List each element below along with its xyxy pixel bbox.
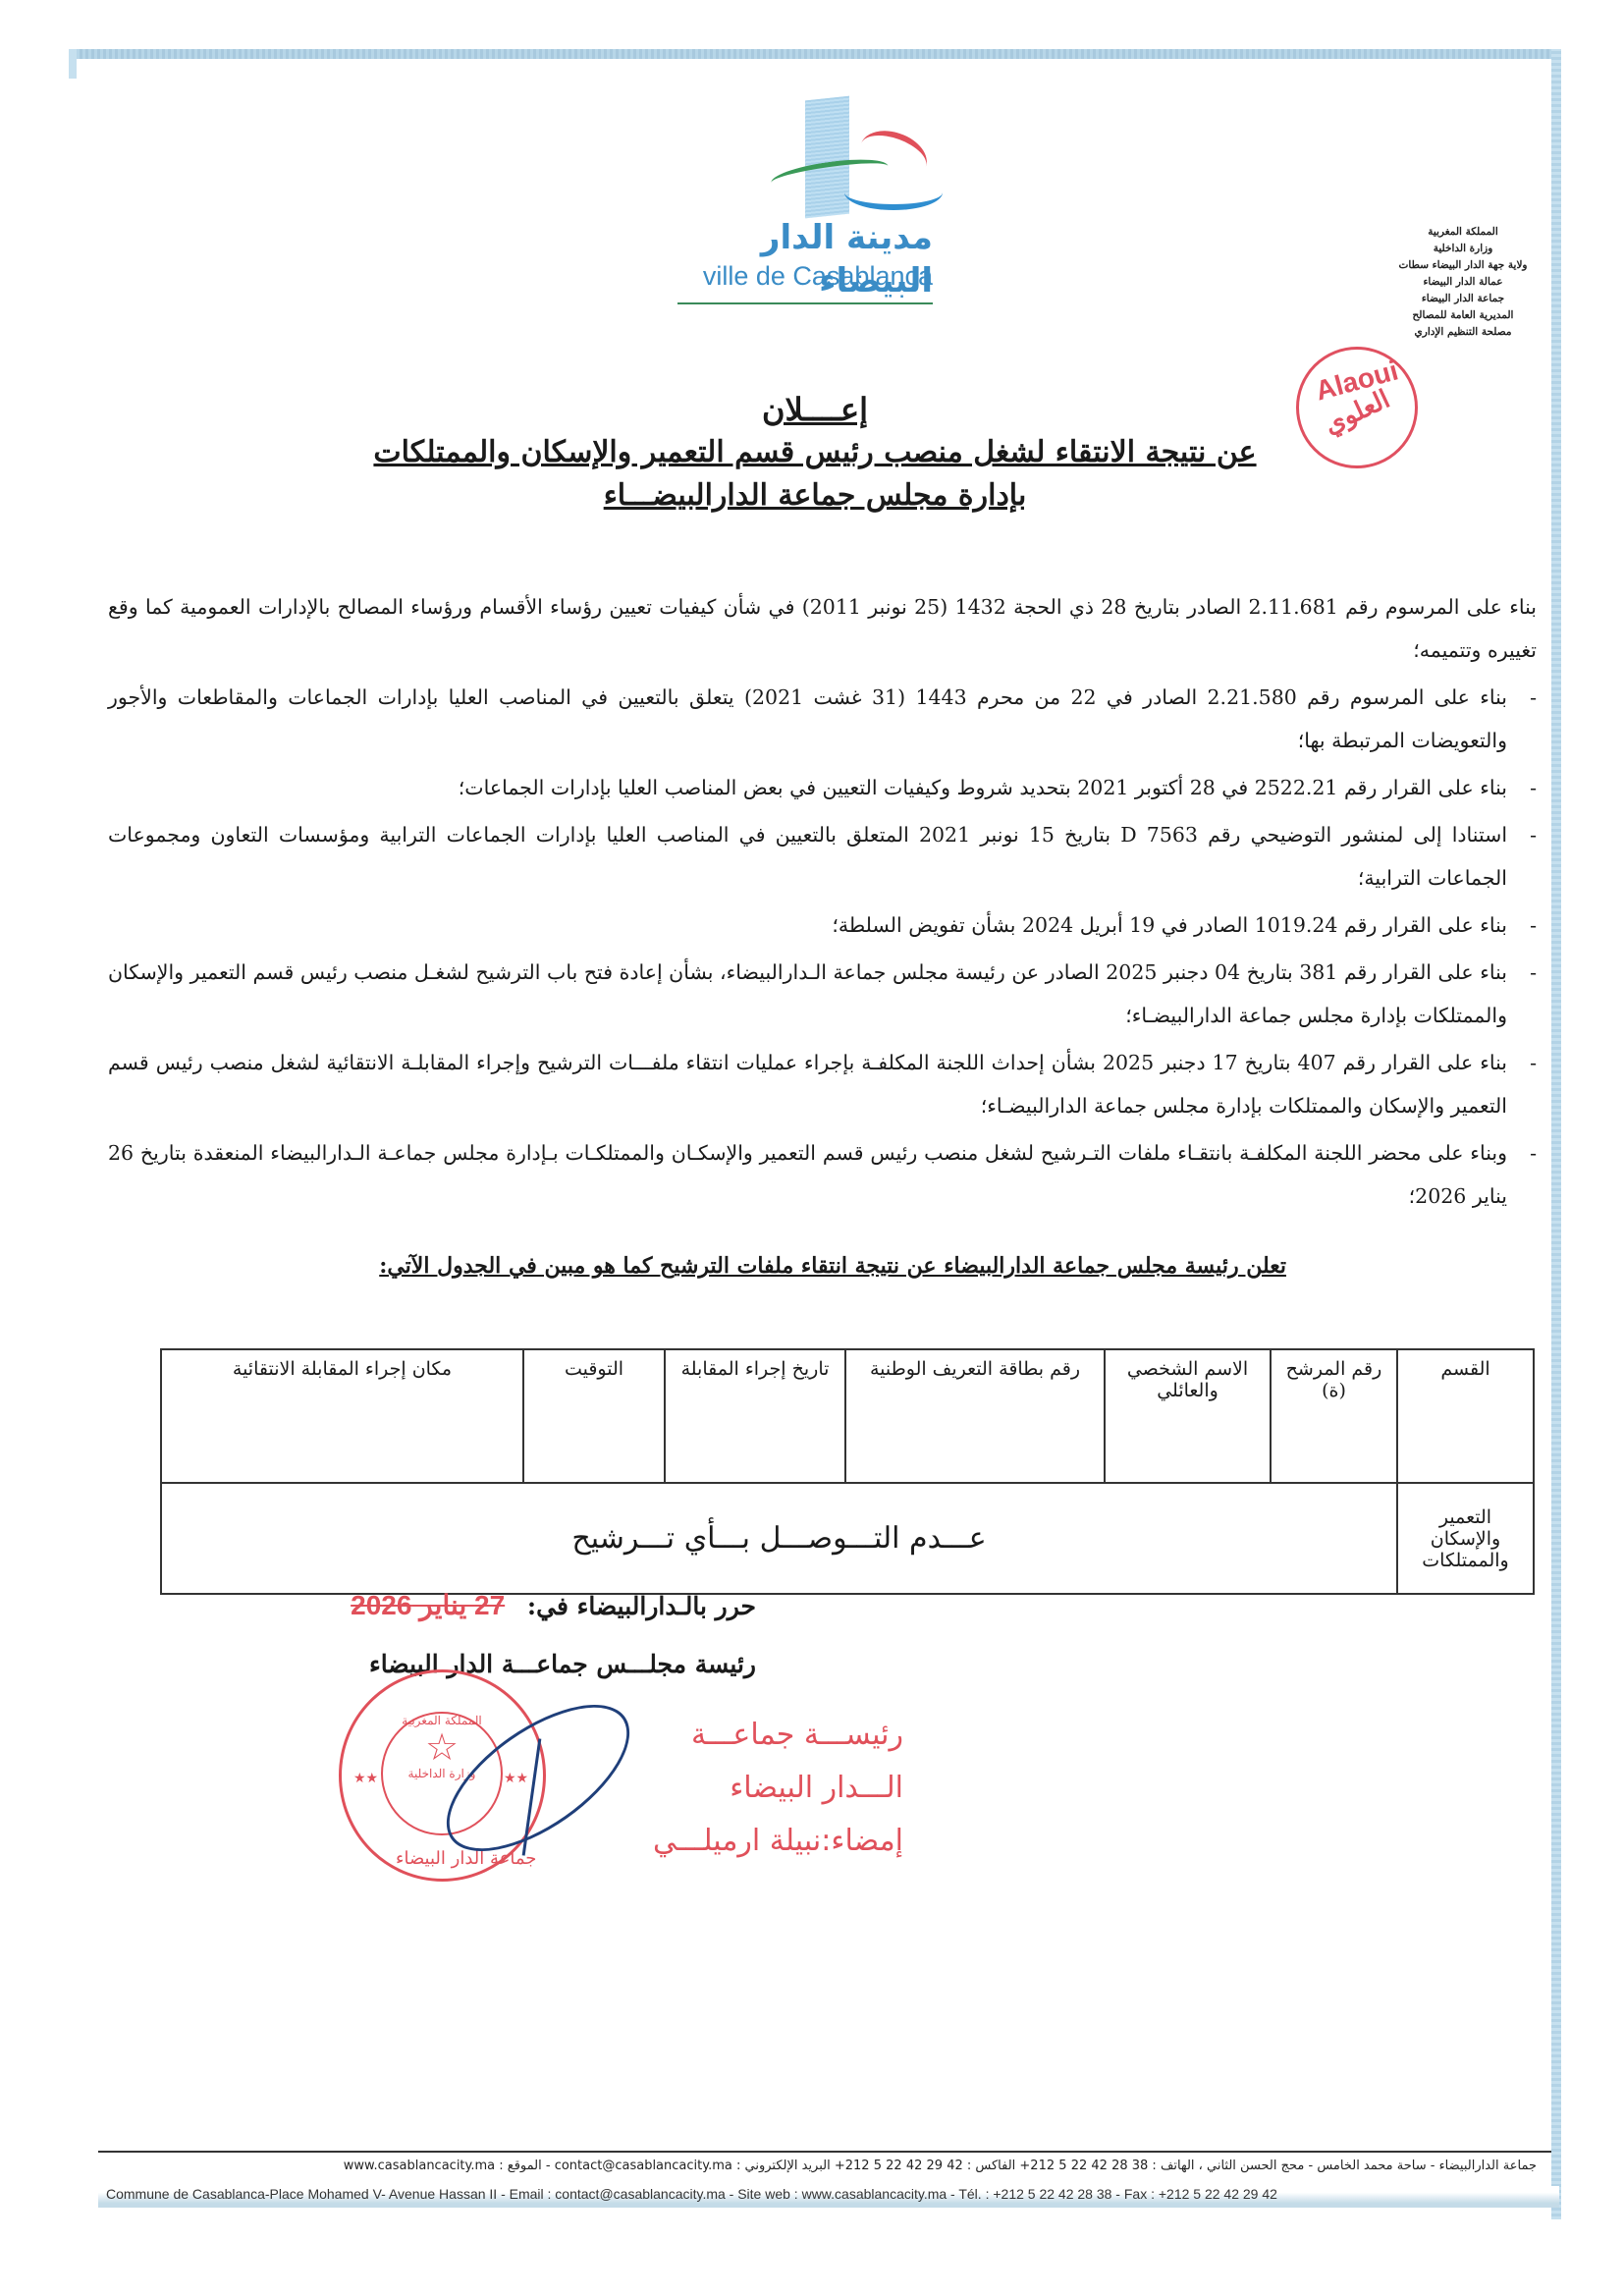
preamble-item: بناء على القرار رقم 2522.21 في 28 أكتوبر…	[108, 766, 1537, 809]
admin-line: المديرية العامة للمصالح	[1375, 307, 1551, 324]
title-announcement: إعــــلان	[196, 388, 1434, 431]
seal-ring-text: جماعة الدار البيضاء	[396, 1848, 536, 1869]
signatory-title: رئيسة مجلـــس جماعـــة الدار البيضاء	[295, 1650, 756, 1678]
logo-french-name: ville de Casablanca	[677, 261, 933, 292]
preamble-item: استنادا إلى لمنشور التوضيحي رقم D 7563 ب…	[108, 813, 1537, 900]
preamble: بناء على المرسوم رقم 2.11.681 الصادر بتا…	[108, 585, 1537, 1222]
logo-blue-arc-icon	[844, 175, 943, 210]
preamble-item: بناء على القرار رقم 1019.24 الصادر في 19…	[108, 903, 1537, 947]
sig-stamp-line: الـــدار البيضاء	[569, 1762, 903, 1815]
admin-line: المملكة المغربية	[1375, 224, 1551, 241]
col-time: التوقيت	[523, 1349, 665, 1483]
preamble-item: وبناء على محضر اللجنة المكلفـة بانتقـاء …	[108, 1131, 1537, 1218]
administration-header: المملكة المغربية وزارة الداخلية ولاية جه…	[1375, 224, 1551, 341]
logo-tower-icon	[805, 96, 849, 219]
preamble-item: بناء على المرسوم رقم 2.21.580 الصادر في …	[108, 676, 1537, 762]
title-subject: عن نتيجة الانتقاء لشغل منصب رئيس قسم الت…	[196, 431, 1434, 474]
admin-line: ولاية جهة الدار البيضاء سطات	[1375, 257, 1551, 274]
signed-date-stamp: 27 يناير 2026	[351, 1590, 505, 1620]
admin-line: عمالة الدار البيضاء	[1375, 274, 1551, 291]
table-header-row: القسم رقم المرشح (ة) الاسم الشخصي والعائ…	[161, 1349, 1534, 1483]
cell-department: التعمير والإسكان والممتلكات	[1397, 1483, 1534, 1594]
admin-line: وزارة الداخلية	[1375, 241, 1551, 257]
scan-border-top	[77, 49, 1559, 59]
admin-line: مصلحة التنظيم الإداري	[1375, 324, 1551, 341]
title-administration: بإدارة مجلس جماعة الدارالبيضـــاء	[196, 474, 1434, 518]
preamble-item: بناء على القرار رقم 407 بتاريخ 17 دجنبر …	[108, 1041, 1537, 1127]
admin-line: جماعة الدار البيضاء	[1375, 291, 1551, 307]
footer-divider	[98, 2151, 1551, 2153]
signed-at: حرر بالـدارالبيضاء في: 27 يناير 2026	[226, 1589, 756, 1621]
footer-french: Commune de Casablanca-Place Mohamed V- A…	[98, 2186, 1559, 2208]
scan-border-right	[1551, 49, 1561, 2219]
sig-stamp-line: إمضاء:نبيلة ارميلـــي	[569, 1815, 903, 1868]
col-department: القسم	[1397, 1349, 1534, 1483]
footer-arabic: جماعة الدارالبيضاء - ساحة محمد الخامس - …	[103, 2159, 1537, 2173]
signed-place-label: حرر بالـدارالبيضاء في:	[527, 1592, 756, 1620]
results-table: القسم رقم المرشح (ة) الاسم الشخصي والعائ…	[160, 1348, 1535, 1595]
announcement-statement: تعلن رئيسة مجلس جماعة الدارالبيضاء عن نت…	[295, 1253, 1286, 1279]
cell-result: عـــدم التـــوصـــل بـــأي تـــرشيح	[161, 1483, 1397, 1594]
col-full-name: الاسم الشخصي والعائلي	[1105, 1349, 1271, 1483]
col-candidate-number: رقم المرشح (ة)	[1271, 1349, 1397, 1483]
table-row: التعمير والإسكان والممتلكات عـــدم التــ…	[161, 1483, 1534, 1594]
preamble-item: بناء على المرسوم رقم 2.11.681 الصادر بتا…	[108, 585, 1537, 672]
seal-stars-icon: ★★	[353, 1771, 378, 1786]
col-interview-location: مكان إجراء المقابلة الانتقائية	[161, 1349, 523, 1483]
document-title: إعــــلان عن نتيجة الانتقاء لشغل منصب رئ…	[196, 388, 1434, 518]
scan-border-left	[69, 49, 77, 79]
col-interview-date: تاريخ إجراء المقابلة	[665, 1349, 845, 1483]
preamble-item: بناء على القرار رقم 381 بتاريخ 04 دجنبر …	[108, 951, 1537, 1037]
col-national-id: رقم بطاقة التعريف الوطنية	[845, 1349, 1105, 1483]
casablanca-logo: مدينة الدار البيضاء ville de Casablanca	[677, 79, 933, 275]
